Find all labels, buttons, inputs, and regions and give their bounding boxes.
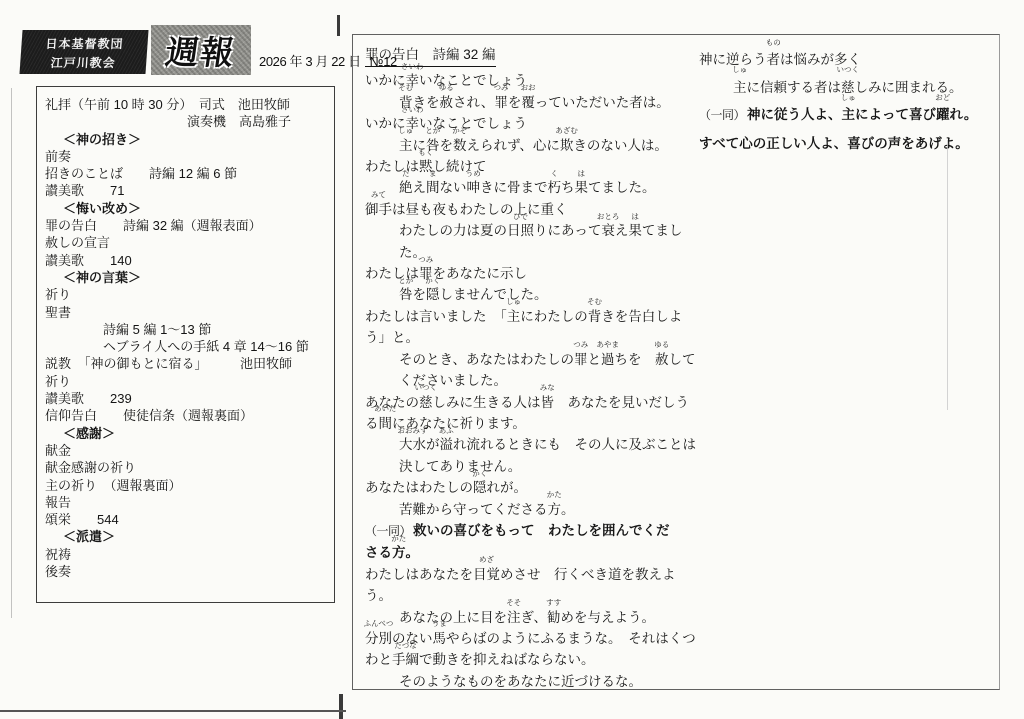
service-order-line: 罪の告白 詩編 32 編（週報表面） — [45, 217, 328, 234]
bulletin-title: 週報 — [163, 27, 240, 74]
ruby-base: 朽く — [548, 177, 562, 198]
scan-page-edge-bottom — [0, 710, 346, 712]
service-order-line: ＜派遣＞ — [45, 528, 328, 545]
ruby-furigana: く — [551, 170, 559, 178]
psalm-line: 御手みては昼も夜もわたしの上に重く — [365, 199, 698, 220]
service-order-line: 讃美歌 239 — [45, 390, 328, 407]
ruby-base: 隠かく — [473, 477, 487, 498]
ruby-furigana: みな — [540, 384, 555, 392]
psalm-title: 罪の告白 詩編 32 編 — [365, 44, 496, 67]
psalm-line: わたしは黙もくし続けて — [365, 156, 698, 177]
ruby-base: 過あやま — [601, 349, 615, 370]
service-order-line: 聖書 — [45, 304, 328, 321]
psalm-line: 決してありません。 — [365, 456, 698, 477]
service-order-line: 讃美歌 140 — [45, 252, 328, 269]
service-order-line: 祈り — [45, 373, 328, 390]
scan-page-edge-right — [947, 140, 948, 410]
service-order-line: ＜神の言葉＞ — [45, 269, 328, 286]
ruby-base: 間あいだ — [379, 413, 393, 434]
ruby-furigana: あざむ — [555, 127, 578, 135]
bulletin-logo: 週報 — [151, 25, 251, 75]
ruby-furigana: は — [578, 170, 586, 178]
ruby-base: 者もの — [767, 46, 781, 74]
psalm-line: わと手綱たづなで動きを抑えねばならない。 — [365, 649, 698, 670]
ruby-furigana: ゆる — [654, 341, 669, 349]
service-order-line: 詩編 5 編 1～13 節 — [45, 321, 328, 338]
ruby-furigana: たづな — [394, 642, 417, 650]
ruby-base: 覆おお — [521, 92, 535, 113]
ruby-base: 慈いつく — [419, 392, 433, 413]
ruby-furigana: ふんべつ — [364, 620, 394, 628]
ruby-furigana: とが — [398, 277, 413, 285]
ruby-base: 背そむ — [588, 306, 602, 327]
ruby-base: 御手みて — [365, 199, 392, 220]
ruby-base: 主しゅ — [507, 306, 521, 327]
ruby-base: 数かぞ — [453, 135, 467, 156]
ruby-furigana: おとろ — [597, 213, 620, 221]
service-order-line: ＜悔い改め＞ — [45, 200, 328, 217]
psalm-text-left: いかに幸さいわいなことでしょう背そむきを赦ゆるされ、罪つみを覆おおっていただいた… — [365, 70, 698, 692]
ruby-base: 赦ゆる — [655, 349, 669, 370]
ruby-furigana: もの — [766, 39, 781, 47]
ruby-base: 分別ふんべつ — [365, 628, 392, 649]
ruby-furigana: すす — [546, 599, 561, 607]
ruby-base: 絶た — [399, 177, 413, 198]
psalm-line: 咎とがを隠かくしませんでした。 — [365, 284, 698, 305]
scan-spine-mark-bottom — [339, 694, 343, 719]
psalm-line: そのようなものをあなたに近づけるな。 — [365, 671, 698, 692]
service-order-line: ＜感謝＞ — [45, 425, 328, 442]
psalm-line: う」と。 — [365, 327, 698, 348]
psalm-line: そのとき、あなたはわたしの罪つみと過あやまちを 赦ゆるして — [365, 349, 698, 370]
church-name-badge: 日本基督教団 江戸川教会 — [19, 30, 148, 74]
service-order-line: 頌栄 544 — [45, 511, 328, 528]
psalm-line: あなたの慈いつくしみに生きる人は皆みな あなたを見いだしう — [365, 392, 698, 413]
psalm-line: わたしは罪つみをあなたに示し — [365, 263, 698, 284]
ruby-furigana: かた — [547, 491, 562, 499]
ruby-furigana: もく — [418, 149, 433, 157]
psalm-column-left: 罪の告白 詩編 32 編 いかに幸さいわいなことでしょう背そむきを赦ゆるされ、罪… — [365, 44, 698, 692]
ruby-furigana: しゅ — [398, 127, 413, 135]
ruby-furigana: さいわ — [401, 106, 424, 114]
ruby-furigana: しゅ — [841, 94, 856, 102]
ruby-base: 方かた — [392, 542, 406, 563]
ruby-furigana: そそ — [506, 599, 521, 607]
ruby-base: 躍おど — [936, 101, 950, 129]
ruby-furigana: あいだ — [374, 405, 397, 413]
church-name: 江戸川教会 — [20, 54, 147, 73]
ruby-furigana: いつく — [837, 66, 860, 74]
psalm-line: 大水おおみずが溢あふれ流れるときにも その人に及ぶことは — [365, 434, 698, 455]
service-order-line: 祝祷 — [45, 546, 328, 563]
psalm-line: あなたの上に目を注そそぎ、勧すすめを与えよう。 — [365, 607, 698, 628]
psalm-column-right: 神に逆らう者ものは悩みが多く主しゅに信頼する者は慈いつくしみに囲まれる。（一同）… — [699, 46, 995, 157]
ruby-furigana: ま — [429, 170, 437, 178]
ruby-base: 呻うめ — [467, 177, 481, 198]
ruby-base: 馬うま — [433, 628, 447, 649]
ruby-furigana: かく — [425, 277, 440, 285]
service-order-line: 演奏機 高島雅子 — [45, 113, 328, 130]
ruby-base: 咎とが — [399, 284, 413, 305]
unison-label: （一同） — [699, 108, 745, 122]
ruby-base: 方かた — [548, 499, 562, 520]
ruby-furigana: しゅ — [506, 298, 521, 306]
bulletin-scan-page: { "header": { "org_line1": "日本基督教団", "or… — [0, 0, 1024, 719]
service-order-line: 礼拝（午前 10 時 30 分） 司式 池田牧師 — [45, 96, 328, 113]
psalm-line: さる方かた。 — [365, 542, 698, 563]
ruby-base: 目覚めざ — [473, 564, 500, 585]
ruby-furigana: いつく — [415, 384, 438, 392]
ruby-base: 注そそ — [507, 607, 521, 628]
ruby-furigana: みて — [371, 191, 386, 199]
scan-page-edge-left — [11, 88, 12, 618]
ruby-furigana: ひで — [513, 213, 528, 221]
psalm-line: あなたはわたしの隠かくれが。 — [365, 477, 698, 498]
ruby-furigana: は — [631, 213, 639, 221]
ruby-furigana: しゅ — [732, 66, 747, 74]
ruby-furigana: つみ — [418, 256, 433, 264]
service-order-line: 前奏 — [45, 148, 328, 165]
ruby-base: 衰おとろ — [601, 220, 615, 241]
ruby-furigana: めざ — [479, 556, 494, 564]
psalm-line: わたしの力は夏の日照ひでりにあって衰おとろえ果はてました。 — [365, 220, 698, 263]
ruby-base: 皆みな — [541, 392, 555, 413]
issue-date: 2026 年 3 月 22 日 — [259, 54, 361, 69]
ruby-furigana: とが — [425, 127, 440, 135]
service-order-line: 招きのことば 詩編 12 編 6 節 — [45, 165, 328, 182]
worship-order-box: 礼拝（午前 10 時 30 分） 司式 池田牧師演奏機 高島雅子＜神の招き＞前奏… — [36, 86, 335, 603]
psalm-line: いかに幸さいわいなことでしょう — [365, 113, 698, 134]
ruby-base: 手綱たづな — [392, 649, 419, 670]
ruby-furigana: おお — [521, 84, 536, 92]
service-order-line: 後奏 — [45, 563, 328, 580]
ruby-furigana: おおみず — [398, 427, 428, 435]
ruby-base: 罪つみ — [574, 349, 588, 370]
ruby-base: 主しゅ — [733, 74, 747, 102]
service-order-line: 献金感謝の祈り — [45, 459, 328, 476]
service-order-line: ヘブライ人への手紙 4 章 14～16 節 — [45, 338, 328, 355]
service-order-line: 信仰告白 使徒信条（週報裏面） — [45, 407, 328, 424]
ruby-furigana: かた — [391, 535, 406, 543]
ruby-base: 主しゅ — [399, 135, 413, 156]
psalm-line: 絶たえ間まない呻うめきに骨まで朽くち果はてました。 — [365, 177, 698, 198]
service-order-line: ＜神の招き＞ — [45, 131, 328, 148]
ruby-furigana: かぞ — [452, 127, 467, 135]
ruby-furigana: あふ — [439, 427, 454, 435]
ruby-furigana: つみ — [494, 84, 509, 92]
ruby-furigana: そむ — [587, 298, 602, 306]
denomination-name: 日本基督教団 — [21, 35, 148, 54]
service-order-line: 赦しの宣言 — [45, 234, 328, 251]
psalm-line: 主しゅに咎とがを数かぞえられず、心に欺あざむきのない人は。 — [365, 135, 698, 156]
ruby-base: 赦ゆる — [440, 92, 454, 113]
psalm-line: わたしは言いました 「主しゅにわたしの背そむきを告白しよ — [365, 306, 698, 327]
ruby-base: 日照ひで — [507, 220, 534, 241]
ruby-furigana: かく — [472, 470, 487, 478]
service-order-line: 説教 「神の御もとに宿る」 池田牧師 — [45, 355, 328, 372]
ruby-base: 果は — [575, 177, 589, 198]
ruby-base: 欺あざむ — [560, 135, 574, 156]
ruby-furigana: うま — [432, 620, 447, 628]
psalm-line: （一同）神に従う人よ、主しゅによって喜び躍おどれ。 — [699, 101, 995, 130]
psalm-line: すべて心の正しい人よ、喜びの声をあげよ。 — [699, 130, 995, 158]
ruby-furigana: うめ — [466, 170, 481, 178]
ruby-furigana: ゆる — [439, 84, 454, 92]
service-order-line: 報告 — [45, 494, 328, 511]
ruby-base: 主しゅ — [842, 101, 856, 129]
psalm-line: （一同）救いの喜びをもって わたしを囲んでくだ — [365, 520, 698, 542]
ruby-furigana: あやま — [596, 341, 619, 349]
service-order-line: 讃美歌 71 — [45, 182, 328, 199]
ruby-base: 大水おおみず — [399, 434, 426, 455]
ruby-base: 溢あふ — [440, 434, 454, 455]
ruby-furigana: そむ — [398, 84, 413, 92]
psalm-page-box: 罪の告白 詩編 32 編 いかに幸さいわいなことでしょう背そむきを赦ゆるされ、罪… — [352, 34, 1000, 690]
ruby-base: 罪つみ — [494, 92, 508, 113]
ruby-base: 間ま — [426, 177, 440, 198]
ruby-base: 果は — [628, 220, 642, 241]
ruby-furigana: つみ — [573, 341, 588, 349]
scan-spine-mark-top — [337, 15, 340, 36]
service-order-line: 献金 — [45, 442, 328, 459]
ruby-furigana: た — [402, 170, 410, 178]
psalm-line: わたしはあなたを目覚めざめさせ 行くべき道を教えよう。 — [365, 564, 698, 607]
psalm-line: 苦難から守ってくださる方かた。 — [365, 499, 698, 520]
ruby-furigana: さいわ — [401, 63, 424, 71]
service-order-line: 主の祈り （週報裏面） — [45, 477, 328, 494]
ruby-furigana: おど — [935, 94, 950, 102]
service-order-line: 祈り — [45, 286, 328, 303]
ruby-base: 隠かく — [426, 284, 440, 305]
ruby-base: 勧すす — [547, 607, 561, 628]
